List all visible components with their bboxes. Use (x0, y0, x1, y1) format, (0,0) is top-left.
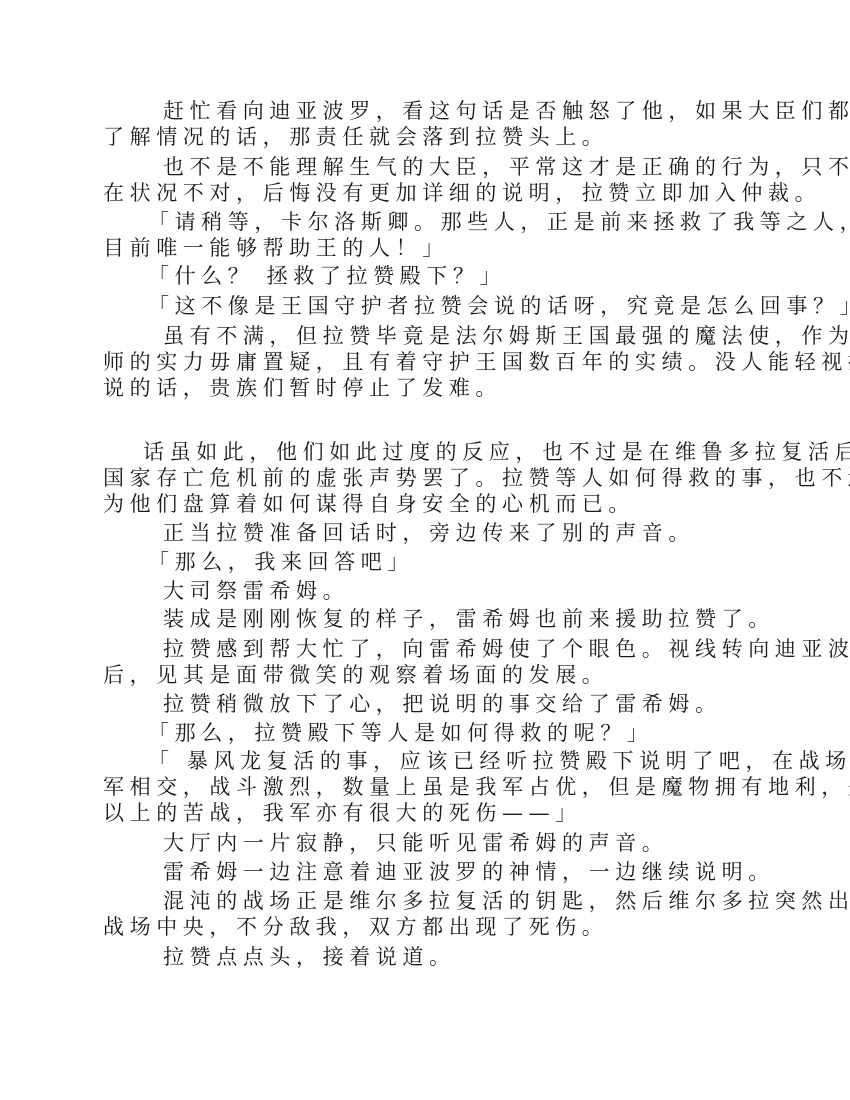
text-line: 军相交，战斗激烈，数量上虽是我军占优，但是魔物拥有地利，是预想 (103, 775, 850, 799)
text-line: 后，见其是面带微笑的观察着场面的发展。 (103, 663, 608, 687)
text-line: 拉赞点点头，接着说道。 (163, 945, 456, 969)
text-line: 目前唯一能够帮助王的人！」 (103, 236, 449, 260)
document-page: 赶忙看向迪亚波罗，看这句话是否触怒了他，如果大臣们都还不了解情况的话，那责任就会… (0, 0, 850, 1100)
text-line: 拉赞感到帮大忙了，向雷希姆使了个眼色。视线转向迪亚波罗 (163, 637, 850, 661)
text-line: 了解情况的话，那责任就会落到拉赞头上。 (103, 125, 608, 149)
text-line: 「 暴风龙复活的事，应该已经听拉赞殿下说明了吧，在战场上两 (148, 749, 850, 773)
text-line: 以上的苦战，我军亦有很大的死伤——」 (103, 801, 582, 825)
text-line: 雷希姆一边注意着迪亚波罗的神情，一边继续说明。 (163, 860, 775, 884)
text-line: 「什么？ 拯救了拉赞殿下？」 (148, 264, 506, 288)
text-line: 装成是刚刚恢复的样子，雷希姆也前来援助拉赞了。 (163, 607, 775, 631)
text-line: 话虽如此，他们如此过度的反应，也不过是在维鲁多拉复活后这个 (143, 440, 850, 464)
text-line: 在状况不对，后悔没有更加详细的说明，拉赞立即加入仲裁。 (103, 181, 821, 205)
text-line: 说的话，贵族们暂时停止了发难。 (103, 376, 502, 400)
text-line: 「那么，拉赞殿下等人是如何得救的呢？」 (148, 721, 653, 745)
text-line: 混沌的战场正是维尔多拉复活的钥匙，然后维尔多拉突然出现在 (163, 889, 850, 913)
text-line: 「那么，我来回答吧」 (148, 550, 414, 574)
text-line: 「请稍等，卡尔洛斯卿。那些人，正是前来拯救了我等之人，也是 (148, 210, 850, 234)
text-line: 为他们盘算着如何谋得自身安全的心机而已。 (103, 492, 635, 516)
text-line: 拉赞稍微放下了心，把说明的事交给了雷希姆。 (163, 692, 722, 716)
text-line: 也不是不能理解生气的大臣，平常这才是正确的行为，只不过现 (163, 155, 850, 179)
text-line: 正当拉赞准备回话时，旁边传来了别的声音。 (163, 521, 695, 545)
text-line: 战场中央，不分敌我，双方都出现了死伤。 (103, 915, 608, 939)
text-line: 大司祭雷希姆。 (163, 579, 349, 603)
text-line: 大厅内一片寂静，只能听见雷希姆的声音。 (163, 831, 668, 855)
text-line: 国家存亡危机前的虚张声势罢了。拉赞等人如何得救的事，也不过是作 (103, 466, 850, 490)
text-line: 赶忙看向迪亚波罗，看这句话是否触怒了他，如果大臣们都还不 (163, 99, 850, 123)
text-line: 「这不像是王国守护者拉赞会说的话呀，究竟是怎么回事？」 (148, 294, 850, 318)
text-line: 虽有不满，但拉赞毕竟是法尔姆斯王国最强的魔法使，作为魔导 (163, 324, 850, 348)
text-line: 师的实力毋庸置疑，且有着守护王国数百年的实绩。没人能轻视拉赞所 (103, 350, 850, 374)
